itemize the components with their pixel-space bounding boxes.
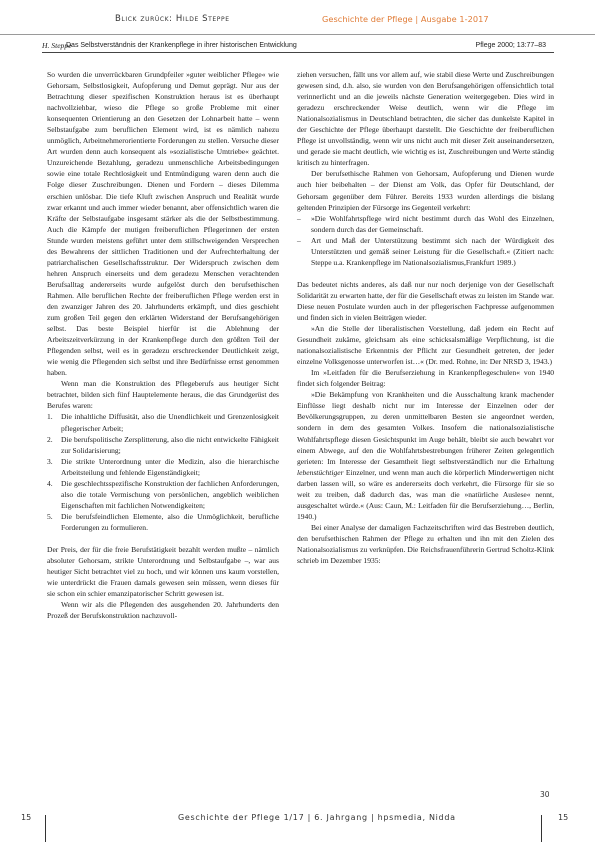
page-number-left: 15: [21, 813, 31, 822]
list-number: 2.: [47, 434, 53, 445]
list-item-text: Die berufsfeindlichen Elemente, also die…: [61, 512, 279, 532]
article-header: H. Steppe Das Selbstverständnis der Kran…: [42, 41, 554, 52]
footer-rule-right: [541, 815, 542, 842]
paragraph: Im »Leitfaden für die Berufserziehung in…: [297, 367, 554, 389]
running-head-section: Blick zurück: Hilde Steppe: [115, 14, 230, 24]
running-head-divider: [0, 34, 595, 35]
running-head-publication: Geschichte der Pflege | Ausgabe 1-2017: [322, 14, 489, 24]
list-number: 1.: [47, 411, 53, 422]
footer-rule-left: [45, 815, 46, 842]
emphasized-word: lebenstüchtiger: [297, 468, 344, 477]
list-item-text: Die geschlechtsspezifische Konstruktion …: [61, 479, 279, 510]
list-item-text: Art und Maß der Unterstützung bestimmt s…: [311, 236, 554, 267]
line-number: 30: [540, 790, 550, 799]
left-column: So wurden die unverrückbaren Grundpfeile…: [47, 69, 279, 621]
list-item-text: Die inhaltliche Diffusität, also die Une…: [61, 412, 279, 432]
numbered-list: 1.Die inhaltliche Diffusität, also die U…: [47, 411, 279, 533]
article-title: Das Selbstverständnis der Krankenpflege …: [66, 42, 297, 49]
list-item: 2.Die berufspolitische Zersplitterung, a…: [47, 434, 279, 456]
right-column: ziehen versuchen, fällt uns vor allem au…: [297, 69, 554, 566]
paragraph: Das bedeutet nichts anderes, als daß nur…: [297, 279, 554, 323]
paragraph: Bei einer Analyse der damaligen Fachzeit…: [297, 522, 554, 566]
block-quote: »An die Stelle der liberalistischen Vors…: [297, 323, 554, 367]
footer-title: Geschichte der Pflege 1/17 | 6. Jahrgang…: [178, 813, 456, 822]
page-number-right: 15: [558, 813, 568, 822]
list-item: 4.Die geschlechtsspezifische Konstruktio…: [47, 478, 279, 511]
paragraph: Wenn man die Konstruktion des Pflegeberu…: [47, 378, 279, 411]
list-item: 1.Die inhaltliche Diffusität, also die U…: [47, 411, 279, 433]
running-head: Blick zurück: Hilde Steppe Geschichte de…: [0, 14, 595, 28]
list-item: –»Die Wohlfahrtspflege wird nicht bestim…: [297, 213, 554, 235]
list-item-text: Die berufspolitische Zersplitterung, als…: [61, 435, 279, 455]
list-number: 4.: [47, 478, 53, 489]
dash-marker: –: [297, 213, 301, 224]
paragraph: So wurden die unverrückbaren Grundpfeile…: [47, 69, 279, 378]
paragraph: Der Preis, der für die freie Berufstätig…: [47, 544, 279, 599]
dash-list: –»Die Wohlfahrtspflege wird nicht bestim…: [297, 213, 554, 268]
list-item: –Art und Maß der Unterstützung bestimmt …: [297, 235, 554, 268]
paragraph: Der berufsethische Rahmen von Gehorsam, …: [297, 168, 554, 212]
list-item: 3.Die strikte Unterordnung unter die Med…: [47, 456, 279, 478]
list-item-text: »Die Wohlfahrtspflege wird nicht bestimm…: [311, 214, 554, 234]
list-number: 3.: [47, 456, 53, 467]
block-quote: »Die Bekämpfung von Krankheiten und die …: [297, 389, 554, 522]
article-header-divider: [42, 52, 554, 53]
article-reference: Pflege 2000; 13:77–83: [476, 42, 546, 49]
paragraph: ziehen versuchen, fällt uns vor allem au…: [297, 69, 554, 168]
list-item-text: Die strikte Unterordnung unter die Mediz…: [61, 457, 279, 477]
paragraph: Wenn wir als die Pflegenden des ausgehen…: [47, 599, 279, 621]
quote-text: »Die Bekämpfung von Krankheiten und die …: [297, 390, 554, 465]
list-item: 5.Die berufsfeindlichen Elemente, also d…: [47, 511, 279, 533]
list-number: 5.: [47, 511, 53, 522]
page-footer: 15 Geschichte der Pflege 1/17 | 6. Jahrg…: [0, 812, 595, 842]
dash-marker: –: [297, 235, 301, 246]
